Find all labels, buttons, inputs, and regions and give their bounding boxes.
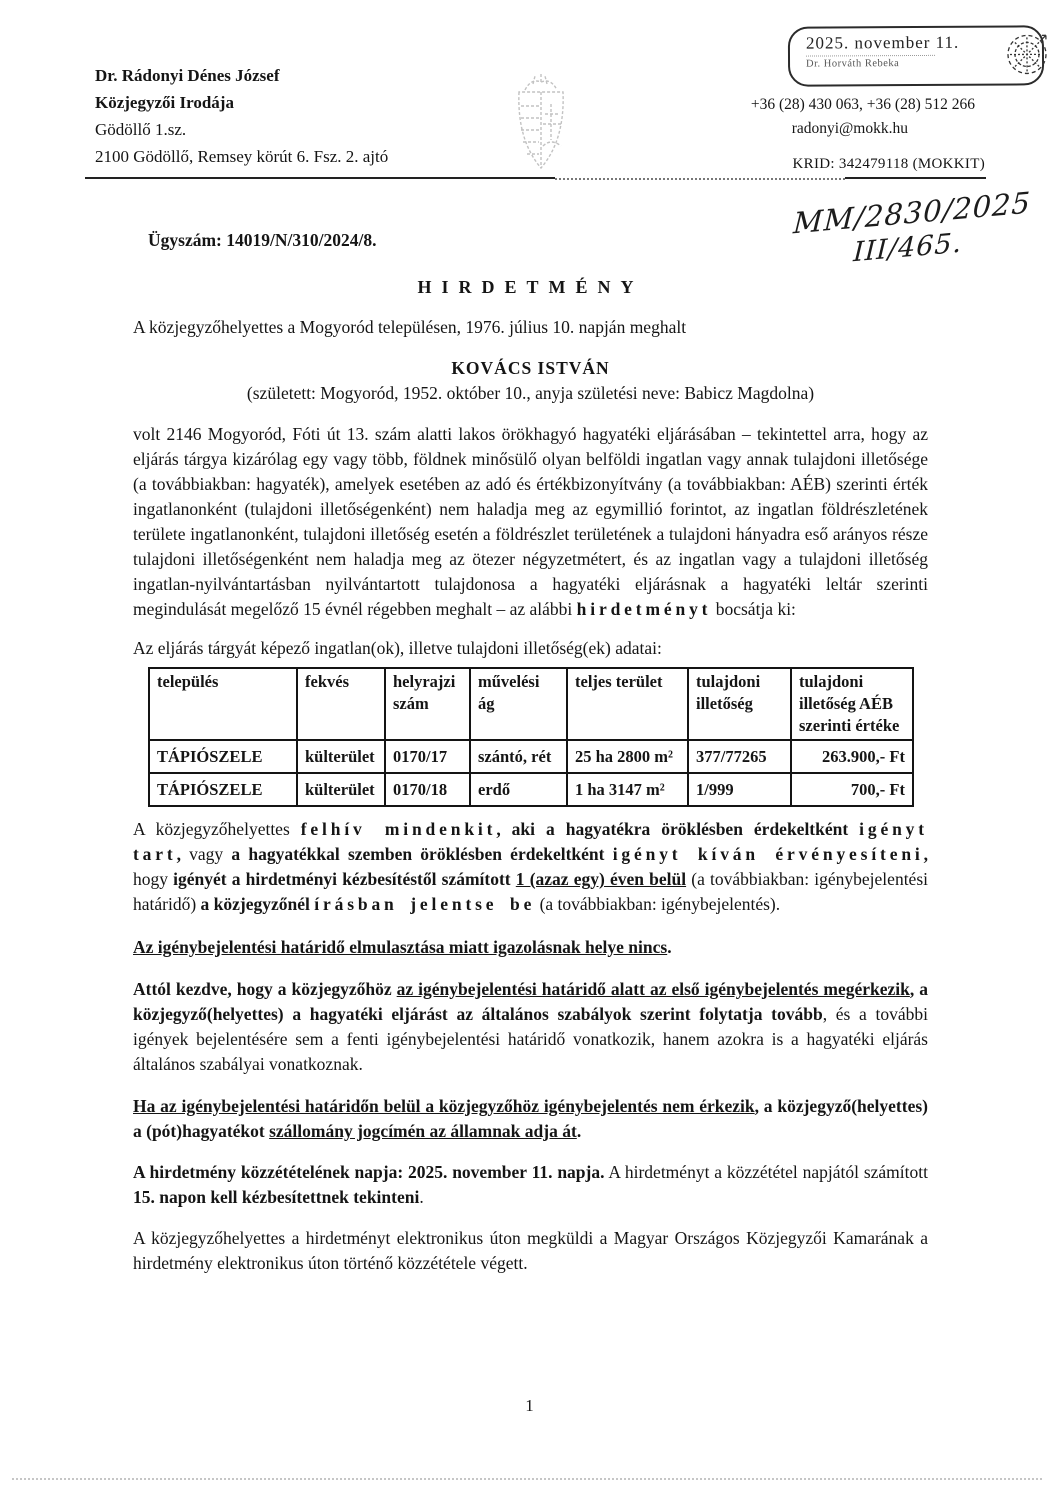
text-segment: Attól kezdve, hogy a közjegyzőhöz bbox=[133, 979, 397, 999]
text-segment: szállomány jogcímén az államnak adja át bbox=[269, 1121, 577, 1141]
text-segment: igényt kíván érvényesíteni bbox=[613, 844, 924, 864]
text-segment: a hagyatékra öröklésben érdekeltként bbox=[546, 819, 859, 839]
text-segment: Ha az igénybejelentési határidőn belül a… bbox=[133, 1096, 755, 1116]
text-segment: igényét a hirdetményi kézbesítéstől szám… bbox=[173, 869, 516, 889]
text-segment: vagy bbox=[189, 844, 231, 864]
text-segment: írásban jelentse be bbox=[314, 894, 535, 914]
table-cell: külterület bbox=[297, 773, 385, 806]
property-table: településfekvéshelyrajzi számművelési ág… bbox=[148, 667, 914, 807]
publication-date-paragraph: A hirdetmény közzétételének napja: 2025.… bbox=[133, 1160, 928, 1210]
main-paragraph: volt 2146 Mogyoród, Fóti út 13. szám ala… bbox=[133, 422, 928, 622]
table-cell: 1 ha 3147 m² bbox=[567, 773, 688, 806]
notary-office: Közjegyzői Irodája bbox=[95, 89, 388, 116]
stamp-date: 2025. november 11. bbox=[806, 32, 1028, 53]
phone-numbers: +36 (28) 430 063, +36 (28) 512 266 bbox=[690, 96, 975, 114]
scan-artifact-line bbox=[12, 1478, 1042, 1480]
text-segment: . bbox=[419, 1187, 423, 1207]
notary-seat: Gödöllő 1.sz. bbox=[95, 116, 388, 143]
stamp-divider bbox=[806, 54, 935, 57]
text-segment: volt 2146 Mogyoród, Fóti út 13. szám ala… bbox=[133, 424, 928, 619]
state-transfer-paragraph: Ha az igénybejelentési határidőn belül a… bbox=[133, 1094, 928, 1144]
deceased-birth-details: (született: Mogyoród, 1952. október 10.,… bbox=[133, 381, 928, 406]
text-segment: 1 (azaz egy) éven belül bbox=[516, 869, 686, 889]
table-cell: 263.900,- Ft bbox=[791, 740, 913, 773]
table-header-cell: fekvés bbox=[297, 668, 385, 740]
table-cell: 0170/18 bbox=[385, 773, 470, 806]
deceased-name: KOVÁCS ISTVÁN bbox=[133, 356, 928, 381]
property-table-body: TÁPIÓSZELEkülterület0170/17szántó, rét25… bbox=[149, 740, 913, 806]
table-cell: 25 ha 2800 m² bbox=[567, 740, 688, 773]
text-segment: Az igénybejelentési határidő elmulasztás… bbox=[133, 937, 667, 957]
property-table-head-row: településfekvéshelyrajzi számművelési ág… bbox=[149, 668, 913, 740]
stamp-signer-name: Dr. Horváth Rebeka bbox=[806, 57, 1028, 69]
text-segment: , bbox=[177, 844, 190, 864]
text-segment: A hirdetményt a közzététel napjától szám… bbox=[604, 1162, 928, 1182]
table-cell: erdő bbox=[470, 773, 567, 806]
text-segment: , aki bbox=[496, 819, 546, 839]
text-segment: felhív mindenkit bbox=[301, 819, 497, 839]
table-header-cell: művelési ág bbox=[470, 668, 567, 740]
header-divider bbox=[85, 177, 986, 180]
table-header-cell: teljes terület bbox=[567, 668, 688, 740]
table-cell: 700,- Ft bbox=[791, 773, 913, 806]
text-segment: hirdetményt bbox=[577, 599, 712, 619]
claim-call-paragraph: A közjegyzőhelyettes felhív mindenkit, a… bbox=[133, 817, 928, 917]
procedure-continuation-paragraph: Attól kezdve, hogy a közjegyzőhöz az igé… bbox=[133, 977, 928, 1077]
document-title: HIRDETMÉNY bbox=[133, 275, 928, 300]
text-segment: 15. napon kell kézbesítettnek tekinteni bbox=[133, 1187, 419, 1207]
text-segment: . bbox=[577, 1121, 581, 1141]
text-segment: . bbox=[667, 937, 671, 957]
table-header-cell: tulajdoni illetőség bbox=[688, 668, 791, 740]
document-body: Ügyszám: 14019/N/310/2024/8. HIRDETMÉNY … bbox=[133, 228, 928, 1276]
table-intro-line: Az eljárás tárgyát képező ingatlan(ok), … bbox=[133, 636, 928, 661]
email-address: radonyi@mokk.hu bbox=[690, 120, 908, 138]
table-cell: 1/999 bbox=[688, 773, 791, 806]
table-cell: külterület bbox=[297, 740, 385, 773]
table-header-cell: tulajdoni illetőség AÉB szerinti értéke bbox=[791, 668, 913, 740]
deadline-warning-line: Az igénybejelentési határidő elmulasztás… bbox=[133, 935, 928, 960]
text-segment: a közjegyzőnél bbox=[201, 894, 315, 914]
notary-address: 2100 Gödöllő, Remsey körút 6. Fsz. 2. aj… bbox=[95, 143, 388, 170]
electronic-publication-paragraph: A közjegyzőhelyettes a hirdetményt elekt… bbox=[133, 1226, 928, 1276]
table-cell: TÁPIÓSZELE bbox=[149, 773, 297, 806]
text-segment: hogy bbox=[133, 869, 173, 889]
text-segment: bocsátja ki: bbox=[711, 599, 796, 619]
table-header-cell: település bbox=[149, 668, 297, 740]
case-number: Ügyszám: 14019/N/310/2024/8. bbox=[148, 228, 928, 253]
text-segment: a hagyatékkal szemben öröklésben érdekel… bbox=[231, 844, 612, 864]
text-segment: (a továbbiakban: igénybejelentés). bbox=[535, 894, 780, 914]
table-cell: 0170/17 bbox=[385, 740, 470, 773]
table-cell: TÁPIÓSZELE bbox=[149, 740, 297, 773]
table-header-cell: helyrajzi szám bbox=[385, 668, 470, 740]
krid-identifier: KRID: 342479118 (MOKKIT) bbox=[740, 156, 985, 173]
text-segment: A hirdetmény közzétételének napja: 2025.… bbox=[133, 1162, 604, 1182]
page-number: 1 bbox=[0, 1396, 1059, 1416]
document-page: Dr. Rádonyi Dénes József Közjegyzői Irod… bbox=[0, 0, 1059, 1498]
text-segment: az igénybejelentési határidő alatt az el… bbox=[397, 979, 910, 999]
stamp-box: 2025. november 11. Dr. Horváth Rebeka bbox=[788, 25, 1044, 86]
notary-name: Dr. Rádonyi Dénes József bbox=[95, 62, 388, 89]
intro-line: A közjegyzőhelyettes a Mogyoród települé… bbox=[133, 315, 928, 340]
table-cell: 377/77265 bbox=[688, 740, 791, 773]
table-row: TÁPIÓSZELEkülterület0170/18erdő1 ha 3147… bbox=[149, 773, 913, 806]
letterhead: Dr. Rádonyi Dénes József Közjegyzői Irod… bbox=[95, 62, 388, 170]
text-segment: A közjegyzőhelyettes bbox=[133, 819, 301, 839]
text-segment: , bbox=[924, 844, 928, 864]
table-row: TÁPIÓSZELEkülterület0170/17szántó, rét25… bbox=[149, 740, 913, 773]
table-cell: szántó, rét bbox=[470, 740, 567, 773]
seal-rosette-icon bbox=[1004, 31, 1050, 77]
coat-of-arms-image bbox=[499, 70, 583, 176]
